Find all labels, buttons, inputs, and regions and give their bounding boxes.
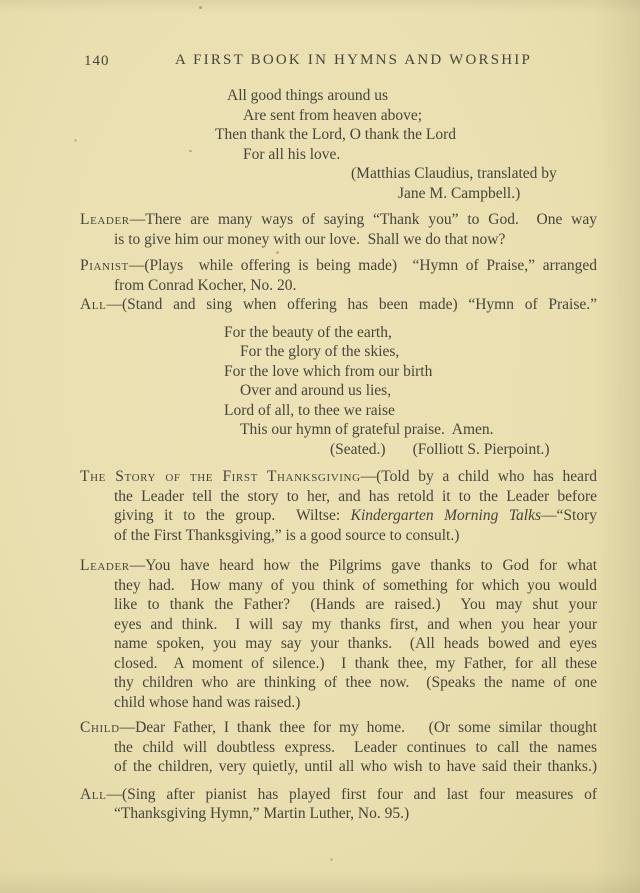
paragraph-line: Child—Dear Father, I thank thee for my h… bbox=[80, 718, 597, 738]
verse-line: Jane M. Campbell.) bbox=[80, 184, 597, 204]
verse-line: This our hymn of grateful praise. Amen. bbox=[80, 420, 597, 440]
paragraph-line: of the First Thanksgiving,” is a good so… bbox=[80, 526, 597, 546]
paragraph-line: giving it to the group. Wiltse: Kinderga… bbox=[80, 506, 597, 526]
seated-attribution: (Seated.) (Folliott S. Pierpoint.) bbox=[80, 440, 597, 460]
verse-line: (Seated.) (Folliott S. Pierpoint.) bbox=[80, 440, 597, 460]
speaker-label: All bbox=[80, 786, 106, 803]
paragraph-line: “Thanksgiving Hymn,” Martin Luther, No. … bbox=[80, 804, 597, 824]
all-2: All—(Sing after pianist has played first… bbox=[80, 785, 597, 824]
scan-speck bbox=[199, 6, 202, 9]
verse-line: For the love which from our birth bbox=[80, 362, 597, 382]
speaker-label: Child bbox=[80, 719, 120, 736]
paragraph-line: like to thank the Father? (Hands are rai… bbox=[80, 595, 597, 615]
verse-line: (Matthias Claudius, translated by bbox=[80, 164, 597, 184]
scan-speck bbox=[74, 139, 77, 142]
verse-line: Over and around us lies, bbox=[80, 381, 597, 401]
verse-line: For all his love. bbox=[80, 145, 597, 165]
pianist: Pianist—(Plays while offering is being m… bbox=[80, 256, 597, 295]
page-header: 140 A FIRST BOOK IN HYMNS AND WORSHIP bbox=[80, 52, 597, 72]
paragraph-line: name spoken, you may say your thanks. (A… bbox=[80, 634, 597, 654]
paragraph-line: of the children, very quietly, until all… bbox=[80, 757, 597, 777]
verse-line: For the glory of the skies, bbox=[80, 342, 597, 362]
hymn-verse-2: For the beauty of the earth,For the glor… bbox=[80, 323, 597, 440]
child: Child—Dear Father, I thank thee for my h… bbox=[80, 718, 597, 777]
paragraph-line: thy children who are thinking of thee no… bbox=[80, 673, 597, 693]
paragraph-line: The Story of the First Thanksgiving—(Tol… bbox=[80, 467, 597, 487]
all-1: All—(Stand and sing when offering has be… bbox=[80, 295, 597, 315]
speaker-label: Leader bbox=[80, 557, 130, 574]
paragraph-line: the child will doubtless express. Leader… bbox=[80, 738, 597, 758]
verse-line: Are sent from heaven above; bbox=[80, 106, 597, 126]
paragraph-line: All—(Sing after pianist has played first… bbox=[80, 785, 597, 805]
story-of-first-thanksgiving: The Story of the First Thanksgiving—(Tol… bbox=[80, 467, 597, 545]
verse-line: All good things around us bbox=[80, 86, 597, 106]
paragraph-line: closed. A moment of silence.) I thank th… bbox=[80, 654, 597, 674]
page-number: 140 bbox=[84, 53, 110, 70]
book-page-scan: 140 A FIRST BOOK IN HYMNS AND WORSHIP Al… bbox=[0, 0, 640, 893]
paragraph-line: Leader—There are many ways of saying “Th… bbox=[80, 210, 597, 230]
paragraph-line: All—(Stand and sing when offering has be… bbox=[80, 295, 597, 315]
leader-2: Leader—You have heard how the Pilgrims g… bbox=[80, 556, 597, 712]
speaker-label: All bbox=[80, 296, 106, 313]
paragraph-line: Pianist—(Plays while offering is being m… bbox=[80, 256, 597, 276]
content-blocks: All good things around usAre sent from h… bbox=[80, 86, 597, 824]
attribution-1: (Matthias Claudius, translated byJane M.… bbox=[80, 164, 597, 203]
speaker-label: The Story of the First Thanksgiving bbox=[80, 468, 361, 485]
paragraph-line: is to give him our money with our love. … bbox=[80, 230, 597, 250]
paragraph-line: they had. How many of you think of somet… bbox=[80, 576, 597, 596]
verse-line: Lord of all, to thee we raise bbox=[80, 401, 597, 421]
leader-1: Leader—There are many ways of saying “Th… bbox=[80, 210, 597, 249]
speaker-label: Pianist bbox=[80, 257, 129, 274]
scan-speck bbox=[330, 858, 333, 861]
speaker-label: Leader bbox=[80, 211, 130, 228]
page-content-column: 140 A FIRST BOOK IN HYMNS AND WORSHIP Al… bbox=[80, 52, 597, 824]
paragraph-line: the Leader tell the story to her, and ha… bbox=[80, 487, 597, 507]
paragraph-line: eyes and think. I will say my thanks fir… bbox=[80, 615, 597, 635]
paragraph-line: child whose hand was raised.) bbox=[80, 693, 597, 713]
paragraph-line: from Conrad Kocher, No. 20. bbox=[80, 276, 597, 296]
verse-line: Then thank the Lord, O thank the Lord bbox=[80, 125, 597, 145]
paragraph-line: Leader—You have heard how the Pilgrims g… bbox=[80, 556, 597, 576]
verse-line: For the beauty of the earth, bbox=[80, 323, 597, 343]
running-title: A FIRST BOOK IN HYMNS AND WORSHIP bbox=[80, 52, 597, 69]
hymn-verse-1: All good things around usAre sent from h… bbox=[80, 86, 597, 164]
